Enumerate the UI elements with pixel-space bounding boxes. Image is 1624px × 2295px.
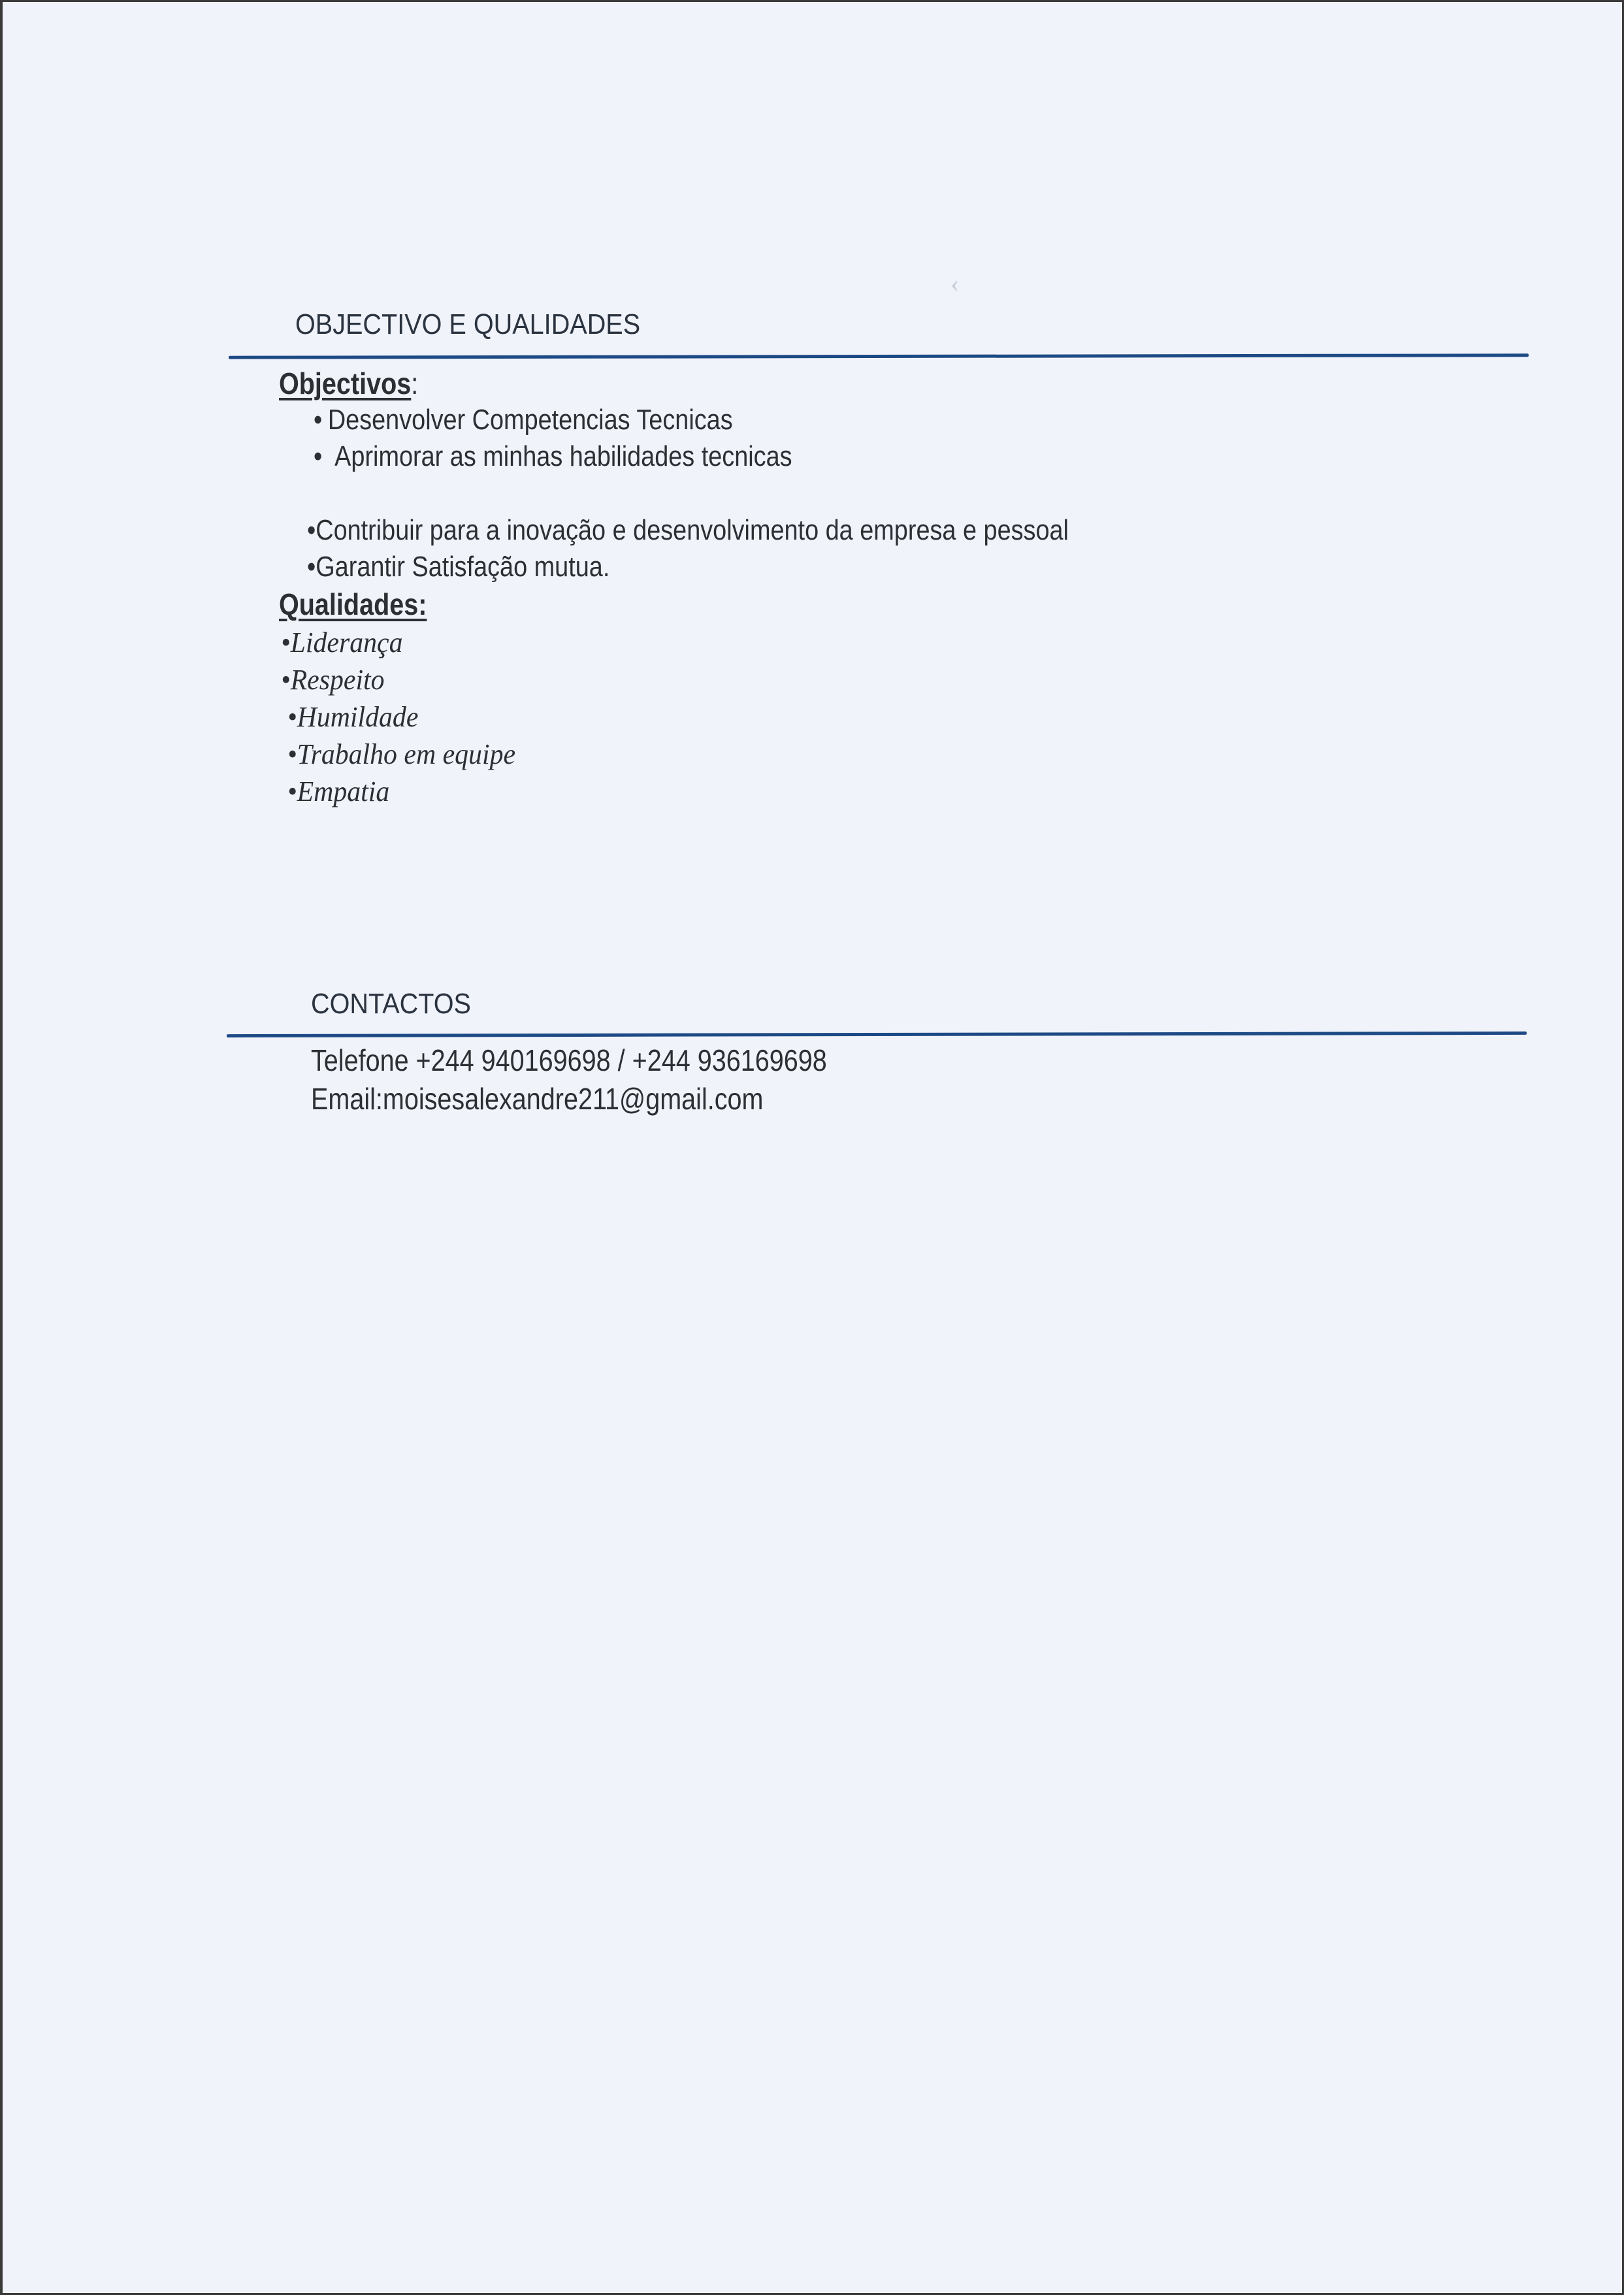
qualities-heading: Qualidades: (279, 587, 427, 622)
quality-item-text: Trabalho em equipe (297, 738, 515, 770)
section-divider-contacts (227, 1032, 1527, 1037)
objectives-heading-colon: : (411, 366, 418, 401)
quality-item: •Trabalho em equipe (287, 738, 515, 771)
objective-item-text: Contribuir para a inovação e desenvolvim… (316, 514, 1069, 546)
quality-item-text: Respeito (291, 664, 385, 696)
section-title-objectives: OBJECTIVO E QUALIDADES (295, 308, 640, 341)
objective-item: •Contribuir para a inovação e desenvolvi… (307, 514, 1069, 547)
objective-item: •Garantir Satisfação mutua. (307, 551, 609, 583)
quality-item: •Respeito (281, 663, 385, 696)
objectives-heading: Objectivos: (279, 366, 418, 401)
quality-item: •Humildade (287, 700, 418, 734)
objective-item: •Desenvolver Competencias Tecnicas (314, 404, 733, 436)
quality-item-text: Liderança (291, 627, 403, 659)
quality-item-text: Empatia (297, 775, 390, 807)
objective-item-text: Garantir Satisfação mutua. (316, 551, 609, 583)
quality-item: •Liderança (281, 626, 402, 659)
contact-email[interactable]: Email:moisesalexandre211@gmail.com (311, 1081, 763, 1116)
quality-item-text: Humildade (297, 701, 419, 733)
page-border (0, 0, 1624, 2295)
quality-item: •Empatia (287, 775, 389, 808)
scan-smudge: ‹ (950, 268, 990, 287)
contact-phone: Telefone +244 940169698 / +244 936169698 (311, 1043, 827, 1078)
objective-item-text: Aprimorar as minhas habilidades tecnicas (334, 440, 792, 472)
objectives-heading-text: Objectivos (279, 366, 411, 400)
objective-item-text: Desenvolver Competencias Tecnicas (328, 404, 733, 436)
objective-item: •Aprimorar as minhas habilidades tecnica… (314, 440, 792, 473)
section-title-contacts: CONTACTOS (311, 988, 471, 1020)
section-divider-objectives (229, 353, 1529, 359)
